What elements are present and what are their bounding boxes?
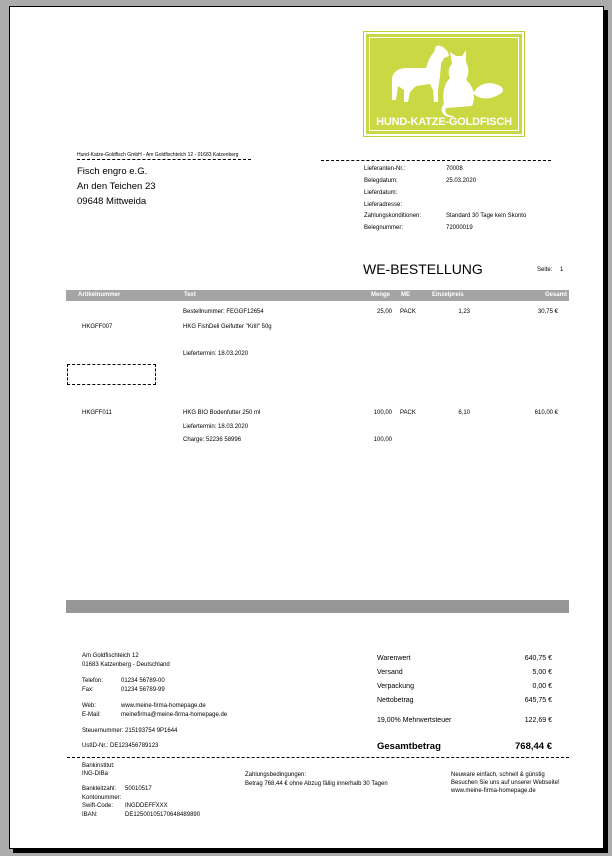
meta-label: Belegdatum: [364, 178, 398, 184]
divider [77, 159, 251, 160]
total-label: Verpackung [377, 683, 414, 690]
col-article: Artikelnummer [78, 292, 120, 298]
total-value: 640,75 € [490, 655, 552, 662]
sender-line: Hund-Katze-Goldfisch GmbH - Am Goldfisch… [77, 152, 238, 158]
meta-value: 70008 [446, 166, 463, 172]
fax-label: Fax: [82, 687, 94, 693]
iban: DE12500105170648489890 [125, 812, 200, 818]
total-value: 122,69 € [490, 717, 552, 724]
fax: 01234 56789-99 [121, 687, 165, 693]
placeholder-box [67, 364, 156, 385]
bank-name: ING-DIBa [82, 771, 108, 777]
unit: PACK [400, 410, 416, 416]
document-title: WE-BESTELLUNG [363, 261, 483, 277]
meta-value: Standard 30 Tage kein Skonto [446, 213, 526, 219]
recipient-name: Fisch engro e.G. [77, 166, 147, 177]
logo-text: HUND-KATZE-GOLDFISCH [366, 116, 522, 128]
email-label: E-Mail: [82, 712, 101, 718]
unit-price: 1,23 [430, 309, 470, 315]
total-label: Warenwert [377, 655, 411, 662]
article-text: HKG BIO Bodenfutter 250 ml [183, 410, 260, 416]
charge-quantity: 100,00 [350, 437, 392, 443]
col-qty: Menge [371, 292, 390, 298]
dog-cat-fish-icon [386, 42, 506, 117]
tax-number: Steuernummer: 215193754 9P1644 [82, 728, 177, 734]
web-link[interactable]: www.meine-firma-homepage.de [121, 703, 206, 709]
page-label: Seite: [537, 267, 552, 273]
meta-label: Zahlungskonditionen: [364, 213, 421, 219]
blz-label: Bankleitzahl: [82, 786, 116, 792]
total-value: 0,00 € [490, 683, 552, 690]
meta-value: 72000019 [446, 225, 473, 231]
swift: INGDDEFFXXX [125, 803, 168, 809]
recipient-city: 09648 Mittweida [77, 196, 146, 207]
company-city: 01683 Katzenberg - Deutschland [82, 662, 170, 668]
footer-band [66, 600, 569, 613]
phone: 01234 56789-00 [121, 678, 165, 684]
delivery-date: Liefertermin: 18.03.2020 [183, 351, 248, 357]
meta-label: Lieferdatum: [364, 190, 397, 196]
article-number: HKGFF007 [82, 324, 112, 330]
slogan-line: Besuchen Sie uns auf unserer Webseite! [451, 780, 560, 786]
company-street: Am Goldfischteich 12 [82, 653, 139, 659]
line-total: 610,00 € [500, 410, 558, 416]
company-logo: HUND-KATZE-GOLDFISCH [364, 32, 524, 136]
slogan-line: Neuware einfach, schnell & günstig [451, 772, 545, 778]
quantity: 100,00 [350, 410, 392, 416]
swift-label: Swift-Code: [82, 803, 113, 809]
document-page: HUND-KATZE-GOLDFISCH Hund-Katze-Goldfisc… [9, 6, 604, 849]
col-text: Text [184, 292, 196, 298]
blz: 50010517 [125, 786, 152, 792]
iban-label: IBAN: [82, 812, 98, 818]
unit: PACK [400, 309, 416, 315]
col-unit: ME [401, 292, 410, 298]
email-link[interactable]: meinefirma@meine-firma-homepage.de [121, 712, 227, 718]
bank-label: Bankinstitut: [82, 763, 115, 769]
order-number: Bestellnummer: FEGGF12654 [183, 309, 264, 315]
payment-terms-text: Betrag 768,44 € ohne Abzug fällig innerh… [245, 781, 388, 787]
total-label: Versand [377, 669, 403, 676]
quantity: 25,00 [350, 309, 392, 315]
phone-label: Telefon: [82, 678, 103, 684]
line-total: 30,75 € [500, 309, 558, 315]
meta-value: 25.03.2020 [446, 178, 476, 184]
table-header: Artikelnummer Text Menge ME Einzelpreis … [66, 290, 569, 301]
page-number: 1 [560, 267, 563, 273]
divider [67, 757, 569, 758]
meta-label: Belegnummer: [364, 225, 403, 231]
article-text: HKG FishDeli Geifutter "Krill" 50g [183, 324, 272, 330]
charge: Charge: 52236 58996 [183, 437, 241, 443]
total-value: 645,75 € [490, 697, 552, 704]
recipient-street: An den Teichen 23 [77, 181, 156, 192]
vat-id: UstID-Nr.: DE123456789123 [82, 743, 158, 749]
col-price: Einzelpreis [432, 292, 464, 298]
total-label: Nettobetrag [377, 697, 414, 704]
grand-total-value: 768,44 € [490, 741, 552, 752]
grand-total-label: Gesamtbetrag [377, 741, 441, 752]
divider [321, 160, 551, 161]
slogan-website-link[interactable]: www.meine-firma-homepage.de [451, 788, 536, 794]
account-label: Kontonummer: [82, 795, 121, 801]
delivery-date: Liefertermin: 18.03.2020 [183, 424, 248, 430]
total-value: 5,00 € [490, 669, 552, 676]
meta-label: Lieferadresse: [364, 202, 402, 208]
article-number: HKGFF011 [82, 410, 112, 416]
col-total: Gesamt [545, 292, 567, 298]
unit-price: 6,10 [430, 410, 470, 416]
payment-terms-label: Zahlungsbedingungen: [245, 772, 306, 778]
meta-label: Lieferanten-Nr.: [364, 166, 405, 172]
total-label: 19,00% Mehrwertsteuer [377, 717, 451, 724]
web-label: Web: [82, 703, 96, 709]
